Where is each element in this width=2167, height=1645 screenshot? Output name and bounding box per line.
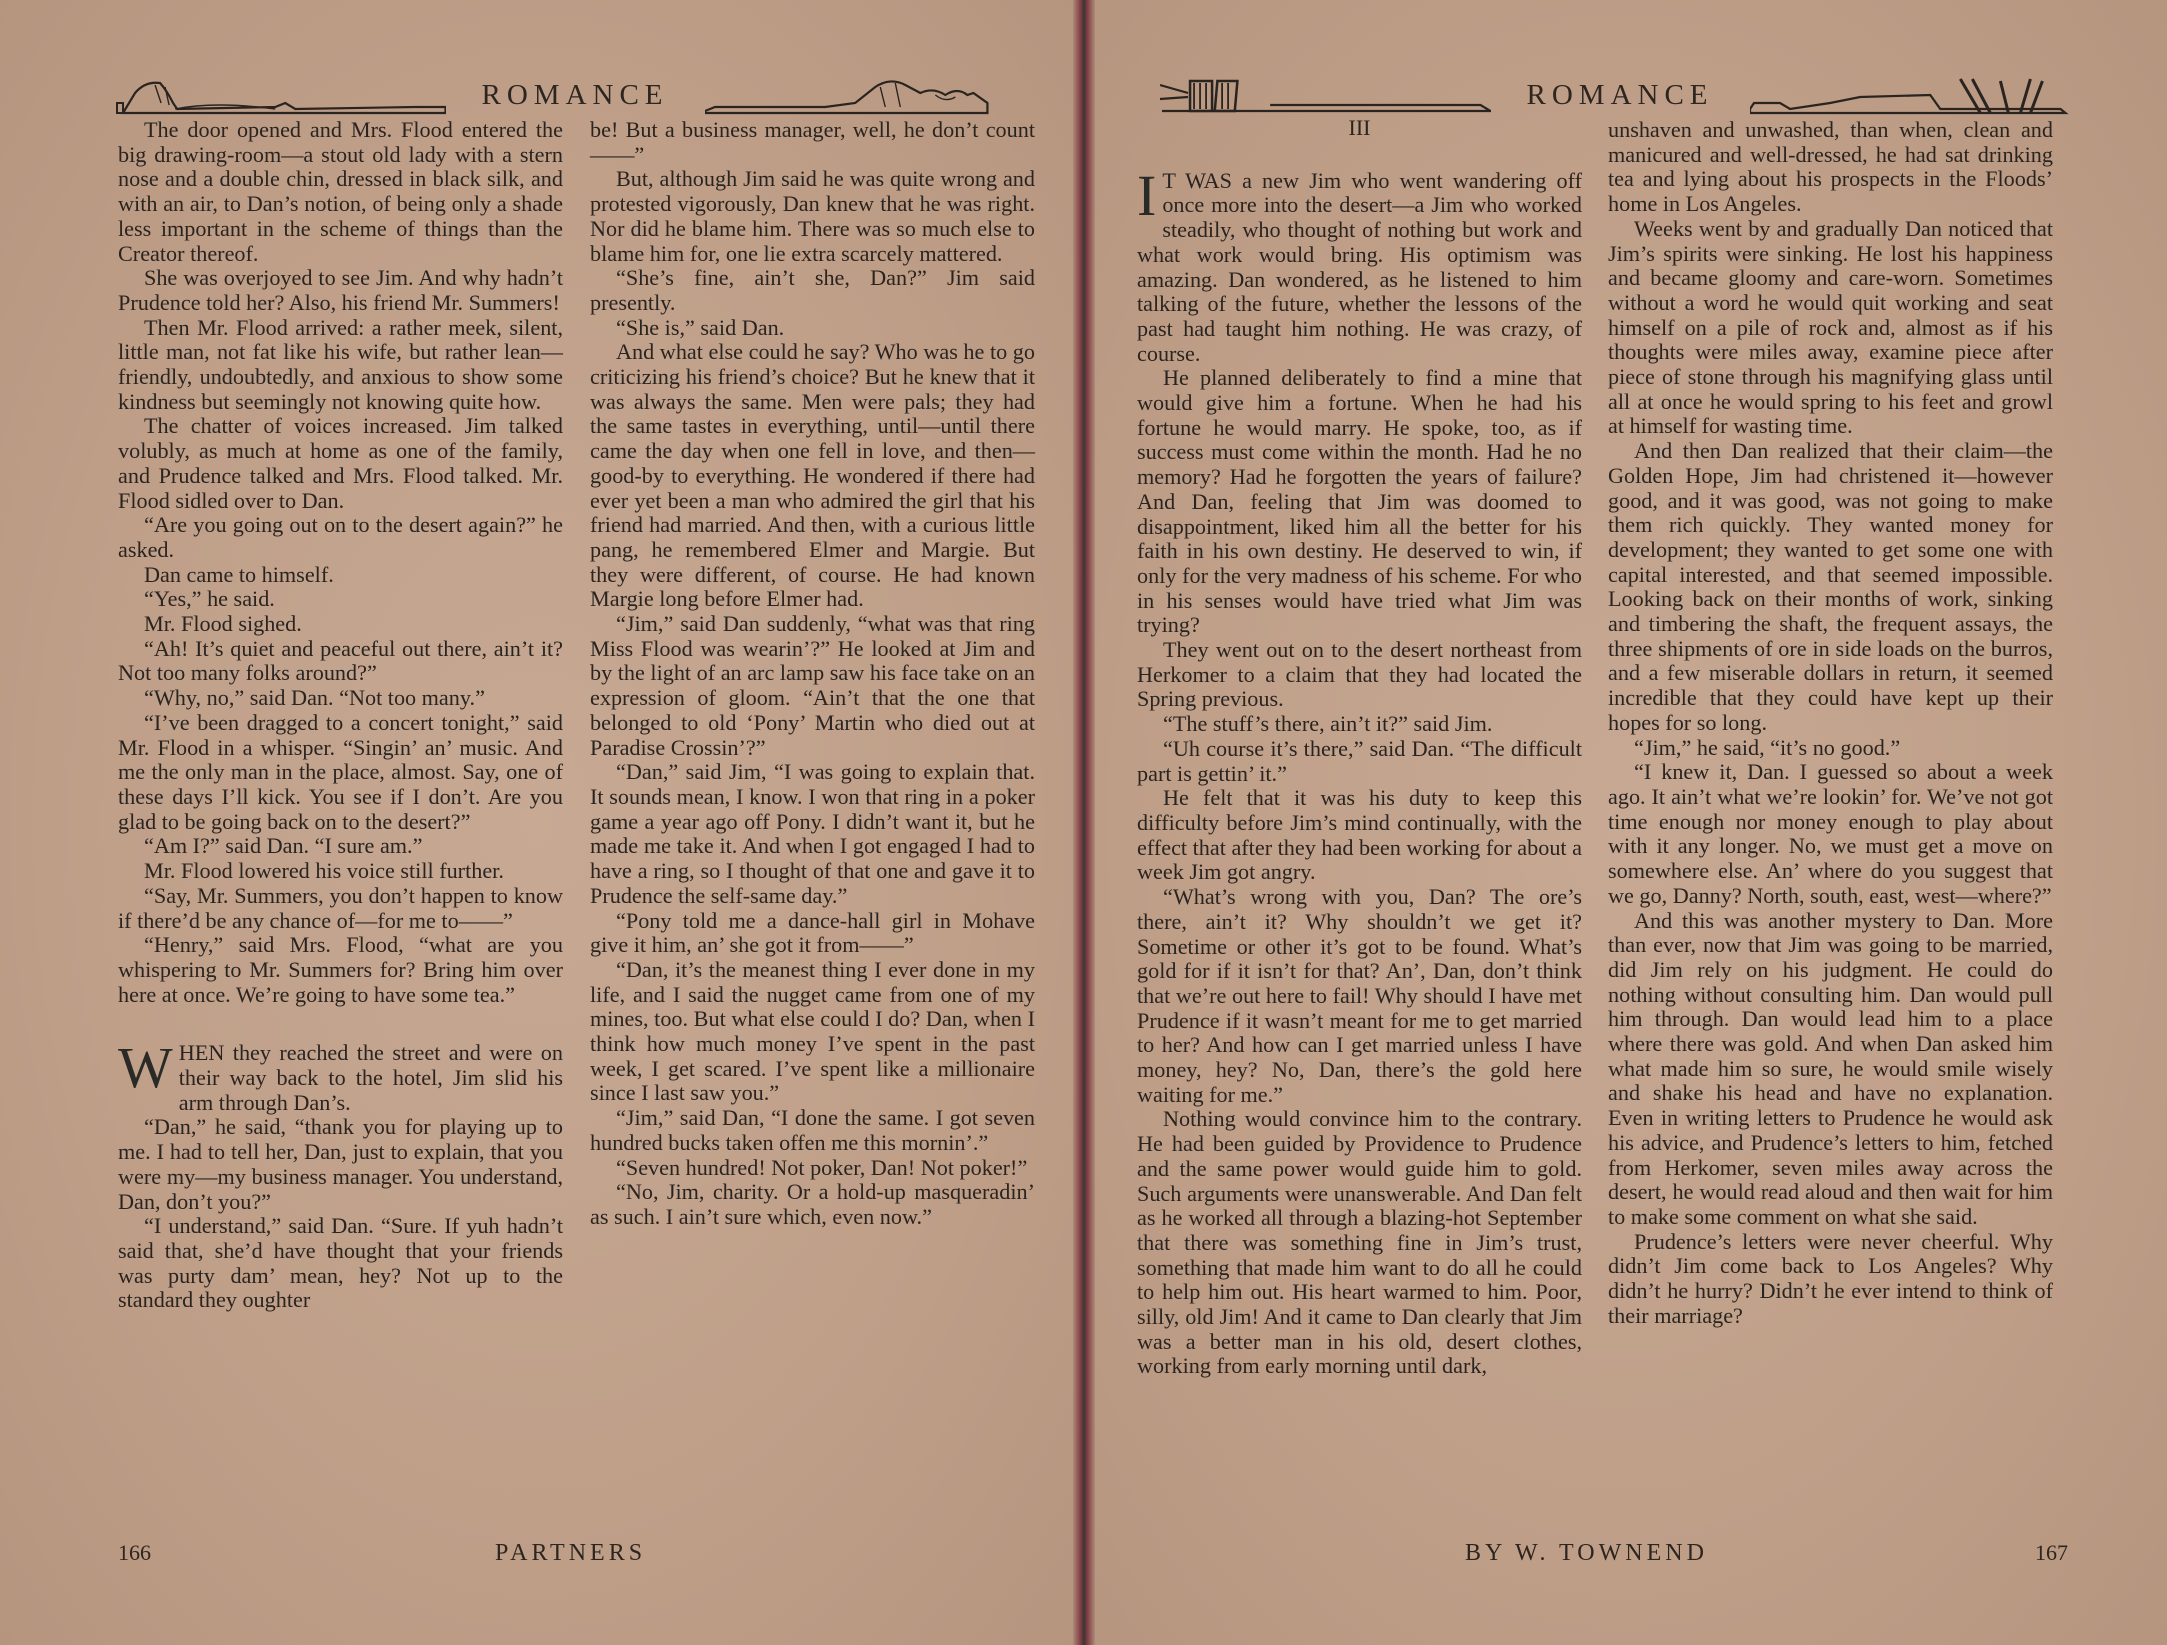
book-spread: ROMANCE The door opened and Mrs. Flood e…	[0, 0, 2167, 1645]
paragraph: Mr. Flood sighed.	[118, 612, 563, 637]
desert-rocks-ornament-icon	[115, 73, 446, 117]
footer-author-byline: BY W. TOWNEND	[1465, 1540, 1708, 1567]
paragraph: “Henry,” said Mrs. Flood, “what are you …	[118, 933, 563, 1007]
paragraph: Weeks went by and gradually Dan noticed …	[1608, 217, 2053, 439]
left-column-1: The door opened and Mrs. Flood entered t…	[118, 118, 563, 1313]
section-opening-paragraph: IT WAS a new Jim who went wandering off …	[1137, 169, 1582, 367]
paragraph: “The stuff’s there, ain’t it?” said Jim.	[1137, 712, 1582, 737]
paragraph: And what else could he say? Who was he t…	[590, 340, 1035, 612]
paragraph: Dan came to himself.	[118, 563, 563, 588]
footer-story-title: PARTNERS	[495, 1540, 646, 1567]
right-running-header: ROMANCE	[1160, 70, 2080, 120]
paragraph: “Jim,” said Dan suddenly, “what was that…	[590, 612, 1035, 760]
paragraph-text: HEN they reached the street and were on …	[179, 1040, 563, 1114]
paragraph: “I knew it, Dan. I guessed so about a we…	[1608, 760, 2053, 908]
right-page: ROMANCE III IT WAS a new Jim who went wa…	[1075, 0, 2167, 1645]
running-head-title: ROMANCE	[446, 79, 705, 112]
paragraph: “What’s wrong with you, Dan? The ore’s t…	[1137, 885, 1582, 1107]
paragraph: “Dan,” said Jim, “I was going to explain…	[590, 760, 1035, 908]
mine-timbers-ornament-icon	[1750, 73, 2081, 117]
left-page: ROMANCE The door opened and Mrs. Flood e…	[0, 0, 1075, 1645]
desert-rocks-ornament-icon	[705, 73, 1036, 117]
paragraph: “Are you going out on to the desert agai…	[118, 513, 563, 562]
paragraph: “Pony told me a dance-hall girl in Mohav…	[590, 909, 1035, 958]
paragraph: They went out on to the desert northeast…	[1137, 638, 1582, 712]
left-running-header: ROMANCE	[115, 70, 1035, 120]
paragraph: “She’s fine, ain’t she, Dan?” Jim said p…	[590, 266, 1035, 315]
paragraph: “No, Jim, charity. Or a hold-up masquera…	[590, 1180, 1035, 1229]
paragraph: unshaven and unwashed, than when, clean …	[1608, 118, 2053, 217]
running-head-title: ROMANCE	[1491, 79, 1750, 112]
paragraph: And this was another mystery to Dan. Mor…	[1608, 909, 2053, 1230]
paragraph: “Uh course it’s there,” said Dan. “The d…	[1137, 737, 1582, 786]
section-opening-paragraph: WHEN they reached the street and were on…	[118, 1041, 563, 1115]
paragraph: “Say, Mr. Summers, you don’t happen to k…	[118, 884, 563, 933]
paragraph: “I’ve been dragged to a concert tonight,…	[118, 711, 563, 835]
paragraph: “Dan, it’s the meanest thing I ever done…	[590, 958, 1035, 1106]
drop-cap: I	[1137, 173, 1156, 219]
paragraph: She was overjoyed to see Jim. And why ha…	[118, 266, 563, 315]
mine-timbers-ornament-icon	[1160, 73, 1491, 117]
page-number-left: 166	[118, 1540, 151, 1566]
paragraph: “Why, no,” said Dan. “Not too many.”	[118, 686, 563, 711]
paragraph: But, although Jim said he was quite wron…	[590, 167, 1035, 266]
paragraph: Mr. Flood lowered his voice still furthe…	[118, 859, 563, 884]
paragraph: “Jim,” he said, “it’s no good.”	[1608, 736, 2053, 761]
paragraph: The chatter of voices increased. Jim tal…	[118, 414, 563, 513]
left-column-2: be! But a business manager, well, he don…	[590, 118, 1035, 1230]
page-number-right: 167	[2035, 1540, 2068, 1566]
right-column-2: unshaven and unwashed, than when, clean …	[1608, 118, 2053, 1328]
paragraph: “Am I?” said Dan. “I sure am.”	[118, 834, 563, 859]
paragraph: Nothing would convince him to the contra…	[1137, 1107, 1582, 1379]
right-column-1: III IT WAS a new Jim who went wandering …	[1137, 118, 1582, 1379]
paragraph: “Dan,” he said, “thank you for playing u…	[118, 1115, 563, 1214]
paragraph: Then Mr. Flood arrived: a rather meek, s…	[118, 316, 563, 415]
paragraph-text: T WAS a new Jim who went wandering off o…	[1137, 168, 1582, 366]
paragraph: The door opened and Mrs. Flood entered t…	[118, 118, 563, 266]
drop-cap: W	[118, 1045, 173, 1091]
paragraph: “She is,” said Dan.	[590, 316, 1035, 341]
paragraph: “Seven hundred! Not poker, Dan! Not poke…	[590, 1156, 1035, 1181]
paragraph: He felt that it was his duty to keep thi…	[1137, 786, 1582, 885]
book-gutter	[1073, 0, 1095, 1645]
paragraph: be! But a business manager, well, he don…	[590, 118, 1035, 167]
paragraph: “Yes,” he said.	[118, 587, 563, 612]
paragraph: “Jim,” said Dan, “I done the same. I got…	[590, 1106, 1035, 1155]
paragraph: He planned deliberately to find a mine t…	[1137, 366, 1582, 638]
paragraph: “Ah! It’s quiet and peaceful out there, …	[118, 637, 563, 686]
paragraph: “I understand,” said Dan. “Sure. If yuh …	[118, 1214, 563, 1313]
paragraph: Prudence’s letters were never cheerful. …	[1608, 1230, 2053, 1329]
paragraph: And then Dan realized that their claim—t…	[1608, 439, 2053, 735]
section-number: III	[1137, 116, 1582, 141]
